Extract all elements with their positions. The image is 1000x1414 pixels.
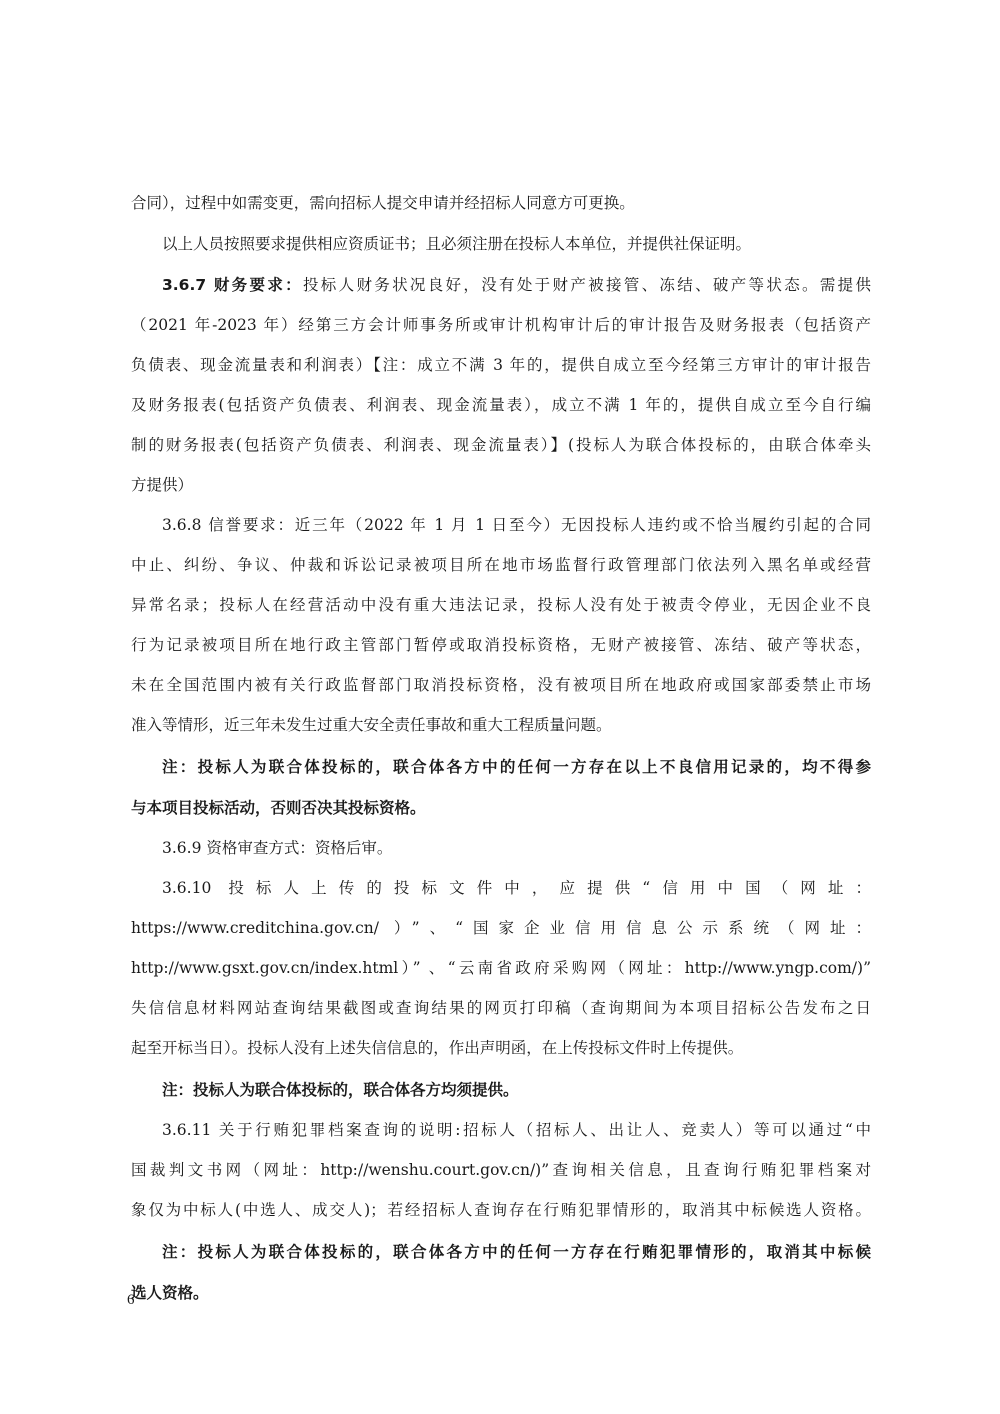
note-bribery-line-1: 注：投标人为联合体投标的，联合体各方中的任何一方存在行贿犯罪情形的，取消其中标候: [162, 1239, 871, 1265]
section-3-6-11-line-2: 国裁判文书网（网址：http://wenshu.court.gov.cn/)”查…: [131, 1157, 871, 1183]
paragraph-continuation: 合同），过程中如需变更，需向招标人提交申请并经招标人同意方可更换。: [131, 190, 635, 216]
section-3-6-8-line-6: 准入等情形，近三年未发生过重大安全责任事故和重大工程质量问题。: [131, 712, 612, 738]
section-3-6-8-line-4: 行为记录被项目所在地行政主管部门暂停或取消投标资格，无财产被接管、冻结、破产等状…: [131, 632, 871, 658]
section-3-6-7-line-3: 负债表、现金流量表和利润表）【注：成立不满 3 年的，提供自成立至今经第三方审计…: [131, 352, 871, 378]
page-number: 6: [127, 1292, 135, 1309]
section-3-6-7-line-1: 3.6.7 财务要求：投标人财务状况良好，没有处于财产被接管、冻结、破产等状态。…: [162, 272, 871, 298]
section-3-6-7-line-6: 方提供）: [131, 472, 193, 498]
section-3-6-7-line-2: （2021 年-2023 年）经第三方会计师事务所或审计机构审计后的审计报告及财…: [131, 312, 871, 338]
section-3-6-10-line-3: http://www.gsxt.gov.cn/index.html）” 、“云南…: [131, 955, 871, 981]
section-3-6-8-line-5: 未在全国范围内被有关行政监督部门取消投标资格，没有被项目所在地政府或国家部委禁止…: [131, 672, 871, 698]
paragraph-qualification-certificates: 以上人员按照要求提供相应资质证书；且必须注册在投标人本单位，并提供社保证明。: [162, 231, 751, 257]
section-3-6-10-line-2: https://www.creditchina.gov.cn/ ）”、“国家企业…: [131, 915, 871, 941]
section-3-6-11-line-3: 象仅为中标人(中选人、成交人)；若经招标人查询存在行贿犯罪情形的，取消其中标候选…: [131, 1197, 871, 1223]
section-3-6-10-line-1: 3.6.10 投标人上传的投标文件中，应提供“信用中国（网址：: [162, 875, 871, 901]
section-3-6-11-line-1: 3.6.11 关于行贿犯罪档案查询的说明:招标人（招标人、出让人、竞卖人）等可以…: [162, 1117, 871, 1143]
section-3-6-10-line-4: 失信信息材料网站查询结果截图或查询结果的网页打印稿（查询期间为本项目招标公告发布…: [131, 995, 871, 1021]
section-3-6-8-line-3: 异常名录；投标人在经营活动中没有重大违法记录，投标人没有处于被责令停业，无因企业…: [131, 592, 871, 618]
section-3-6-7-text: 投标人财务状况良好，没有处于财产被接管、冻结、破产等状态。需提供: [303, 276, 871, 294]
note-joint-venture-provide: 注：投标人为联合体投标的，联合体各方均须提供。: [162, 1077, 519, 1103]
section-3-6-8-line-1: 3.6.8 信誉要求：近三年（2022 年 1 月 1 日至今）无因投标人违约或…: [162, 512, 871, 538]
section-3-6-7-line-5: 制的财务报表(包括资产负债表、利润表、现金流量表）】(投标人为联合体投标的，由联…: [131, 432, 871, 458]
section-3-6-9: 3.6.9 资格审查方式：资格后审。: [162, 835, 392, 861]
note-joint-venture-credit-line-1: 注：投标人为联合体投标的，联合体各方中的任何一方存在以上不良信用记录的，均不得参: [162, 754, 871, 780]
section-3-6-10-line-5: 起至开标当日）。投标人没有上述失信信息的，作出声明函，在上传投标文件时上传提供。: [131, 1035, 743, 1061]
section-3-6-7-line-4: 及财务报表(包括资产负债表、利润表、现金流量表），成立不满 1 年的，提供自成立…: [131, 392, 871, 418]
document-page: 合同），过程中如需变更，需向招标人提交申请并经招标人同意方可更换。 以上人员按照…: [0, 0, 1000, 1414]
note-joint-venture-credit-line-2: 与本项目投标活动，否则否决其投标资格。: [131, 795, 426, 821]
note-bribery-line-2: 选人资格。: [131, 1280, 209, 1306]
section-3-6-8-line-2: 中止、纠纷、争议、仲裁和诉讼记录被项目所在地市场监督行政管理部门依法列入黑名单或…: [131, 552, 871, 578]
section-3-6-7-heading: 3.6.7 财务要求：: [162, 276, 303, 294]
